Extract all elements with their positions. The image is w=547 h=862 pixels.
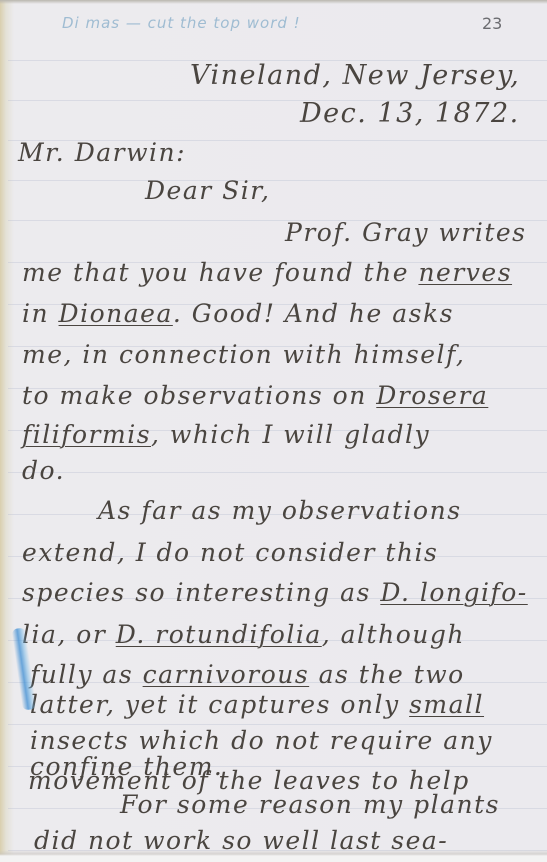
letter-line: filiformis, which I will gladly [22,420,430,449]
text: did not work so well last sea- [34,826,448,855]
text: lia, or [22,620,116,649]
text: as the two [309,660,465,689]
text: For some reason my plants [120,790,500,819]
text: me that you have found the [22,258,418,287]
text: . Good! And he asks [173,299,454,328]
letter-line: extend, I do not consider this [22,538,438,567]
letter-line: do. [22,456,65,485]
letter-line: did not work so well last sea- [34,826,448,855]
letter-place: Vineland, New Jersey, [190,60,520,91]
text: Prof. Gray writes [285,218,527,247]
text: latter, yet it captures only [30,690,409,719]
letter-line: me that you have found the nerves [22,258,512,287]
letter-date: Dec. 13, 1872. [300,98,520,129]
pencil-annotation: Di mas — cut the top word ! [62,14,301,32]
page-number: 23 [482,14,502,33]
text: in [22,299,59,328]
underlined-text: filiformis [22,420,151,449]
letter-line: For some reason my plants [120,790,500,819]
text: species so interesting as [22,578,380,607]
text: fully as [30,660,143,689]
underlined-text: carnivorous [143,660,310,689]
text: me, in connection with himself, [22,340,465,369]
letter-line: to make observations on Drosera [22,381,488,410]
ruled-line [8,850,547,851]
underlined-text: Dionaea [59,299,173,328]
text: , although [322,620,465,649]
letter-line: fully as carnivorous as the two [30,660,465,689]
letter-line: me, in connection with himself, [22,340,465,369]
ruled-line [8,472,547,473]
letter-line: Prof. Gray writes [285,218,527,247]
text: As far as my observations [98,496,462,525]
letter-line: lia, or D. rotundifolia, although [22,620,465,649]
underlined-text: small [409,690,484,719]
letter-recipient: Mr. Darwin: [18,138,186,167]
letter-line: species so interesting as D. longifo- [22,578,528,607]
letter-line: in Dionaea. Good! And he asks [22,299,454,328]
letter-line: insects which do not require any [30,726,493,755]
ruled-line [8,724,547,725]
letter-line: As far as my observations [98,496,462,525]
letter-line: confine them. [30,752,223,781]
letter-page: Di mas — cut the top word ! 23 Vineland,… [0,0,547,862]
text: confine them. [30,752,223,781]
ruled-line [8,180,547,181]
underlined-text: D. rotundifolia [116,620,322,649]
letter-line: latter, yet it captures only small [30,690,484,719]
underlined-text: Drosera [376,381,488,410]
underlined-text: nerves [418,258,512,287]
text: to make observations on [22,381,376,410]
text: extend, I do not consider this [22,538,438,567]
text: , which I will gladly [151,420,430,449]
letter-salutation: Dear Sir, [145,176,270,205]
text: do. [22,456,65,485]
underlined-text: D. longifo- [380,578,527,607]
text: insects which do not require any [30,726,493,755]
